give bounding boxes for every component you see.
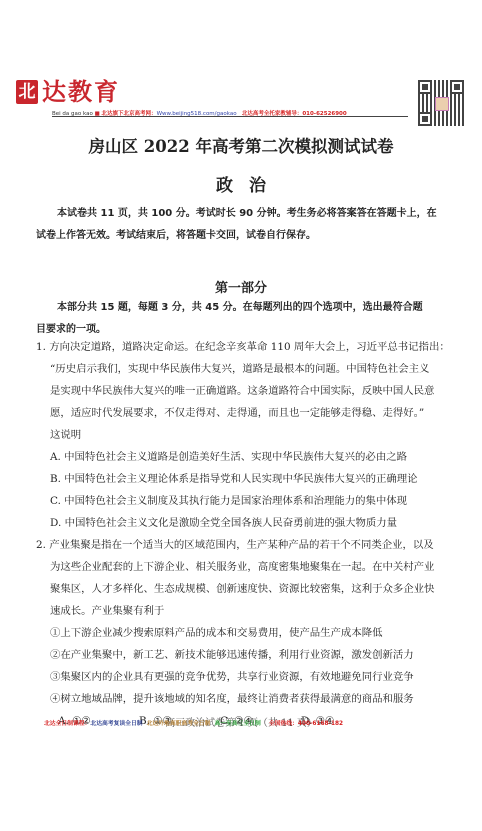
- footer-ad: 北达全日制课程：北达高考复读全日制 北达外地高职高考全日制 高一至高三全日制 全…: [44, 718, 343, 727]
- question-stem-line: 速成长。产业集聚有利于: [36, 600, 456, 622]
- question-stem-line: 为这些企业配套的上下游企业、相关服务业，高度密集地聚集在一起。在中关村产业: [36, 556, 456, 578]
- question-stem-line: 方向决定道路，道路决定命运。在纪念辛亥革命 110 周年大会上，习近平总书记指出…: [49, 341, 450, 353]
- logo-text: 达教育: [42, 78, 120, 106]
- question-number: 1.: [36, 341, 46, 353]
- qr-corner-icon: [418, 80, 432, 94]
- question-1: 1. 方向决定道路，道路决定命运。在纪念辛亥革命 110 周年大会上，习近平总书…: [36, 336, 456, 534]
- subject-title: 政治: [0, 171, 482, 196]
- section-instruction-line: 本部分共 15 题，每题 3 分，共 45 分。在每题列出的四个选项中，选出最符…: [36, 297, 456, 319]
- course-vocational: 北达外地高职高考全日制: [147, 721, 211, 727]
- statement-4: ④树立地域品牌，提升该地域的知名度，最终让消费者获得最满意的商品和服务: [36, 688, 456, 710]
- qr-logo-icon: [435, 97, 449, 111]
- option-b: B. 中国特色社会主义理论体系是指导党和人民实现中华民族伟大复兴的正确理论: [36, 468, 456, 490]
- qr-code-icon: [418, 80, 464, 126]
- question-stem-line: 这说明: [36, 424, 456, 446]
- instruction-line: 本试卷共 11 页，共 100 分。考试时长 90 分钟。考生务必将答案答在答题…: [36, 203, 456, 225]
- statement-2: ②在产业集聚中，新工艺、新技术能够迅速传播，利用行业资源，激发创新活力: [36, 644, 456, 666]
- question-stem-line: 是实现中华民族伟大复兴的唯一正确道路。这条道路符合中国实际，反映中国人民意: [36, 380, 456, 402]
- qr-corner-icon: [418, 112, 432, 126]
- question-stem-line: 产业集聚是指在一个适当大的区域范围内，生产某种产品的若干个不同类企业，以及: [49, 539, 433, 551]
- instruction-line: 试卷上作答无效。考试结束后，将答题卡交回，试卷自行保存。: [36, 225, 456, 247]
- course-repeat: 北达高考复读全日制: [90, 721, 142, 727]
- section-title: 第一部分: [0, 277, 482, 296]
- exam-instructions: 本试卷共 11 页，共 100 分。考试时长 90 分钟。考生务必将答案答在答题…: [36, 203, 456, 247]
- logo-icon: 北: [16, 80, 38, 104]
- question-list: 1. 方向决定道路，道路决定命运。在纪念辛亥革命 110 周年大会上，习近平总书…: [36, 336, 456, 732]
- question-stem-line: 聚集区，人才多样化、生态成规模、创新速度快、资源比较密集，这利于众多企业快: [36, 578, 456, 600]
- question-2: 2. 产业集聚是指在一个适当大的区域范围内，生产某种产品的若干个不同类企业，以及…: [36, 534, 456, 732]
- option-d: D. 中国特色社会主义文化是激励全党全国各族人民奋勇前进的强大物质力量: [36, 512, 456, 534]
- section-instructions: 本部分共 15 题，每题 3 分，共 45 分。在每题列出的四个选项中，选出最符…: [36, 297, 456, 341]
- option-a: A. 中国特色社会主义道路是创造美好生活、实现中华民族伟大复兴的必由之路: [36, 446, 456, 468]
- option-c: C. 中国特色社会主义制度及其执行能力是国家治理体系和治理能力的集中体现: [36, 490, 456, 512]
- qr-corner-icon: [450, 80, 464, 94]
- question-number: 2.: [36, 539, 46, 551]
- question-stem-line: “历史启示我们，实现中华民族伟大复兴，道路是最根本的问题。中国特色社会主义: [36, 358, 456, 380]
- exam-title: 房山区 2022 年高考第二次模拟测试试卷: [0, 133, 482, 157]
- course-high-school: 高一至高三全日制: [214, 721, 260, 727]
- statement-3: ③集聚区内的企业具有更强的竞争优势，共享行业资源，有效地避免同行业竞争: [36, 666, 456, 688]
- hotline: 全国热线：400-6168-182: [269, 721, 343, 727]
- header-divider: [52, 116, 408, 117]
- question-stem-line: 愿，适应时代发展要求，不仅走得对、走得通，而且也一定能够走得稳、走得好。”: [36, 402, 456, 424]
- courses-label: 北达全日制课程：: [44, 721, 90, 727]
- exam-page: 北 达教育 Bei da gao kao ■ 北达旗下北京高考网：Www.bei…: [0, 0, 482, 831]
- statement-1: ①上下游企业减少搜索原料产品的成本和交易费用，使产品生产成本降低: [36, 622, 456, 644]
